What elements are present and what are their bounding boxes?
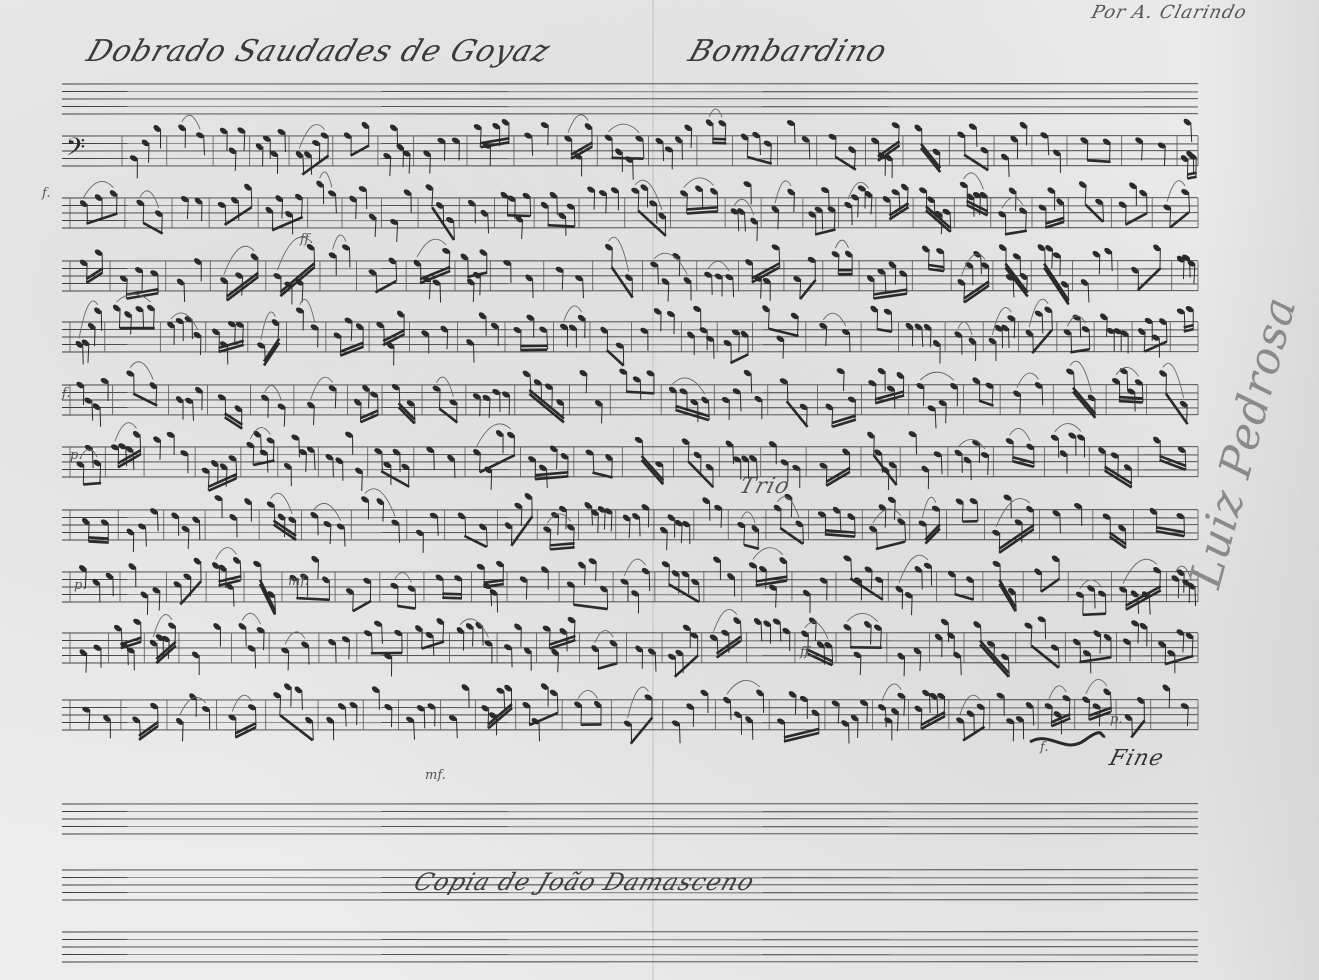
dynamic-mark: p. [70, 448, 82, 463]
composer-credit: Por A. Clarindo [1089, 2, 1249, 23]
trio-section-mark: Trio [737, 474, 793, 499]
dynamic-mark: ff. [300, 232, 313, 247]
dynamic-mark: f. [42, 186, 50, 201]
staff-1: 𝄢 [62, 109, 1198, 180]
copyist-credit: Copia de João Damasceno [410, 868, 758, 896]
staff-6 [62, 423, 1198, 491]
bass-clef-icon: 𝄢 [66, 133, 85, 168]
staff-0 [62, 84, 1198, 114]
piece-title: Dobrado Saudades de Goyaz [82, 34, 555, 69]
fine-mark: Fine [1107, 746, 1167, 771]
music-staves: 𝄢 [0, 0, 1319, 980]
staff-9 [62, 609, 1198, 677]
staff-8 [62, 548, 1198, 616]
staff-5 [62, 361, 1198, 428]
instrument-name: Bombardino [684, 34, 892, 69]
staff-13 [62, 932, 1198, 962]
dynamic-mark: f. [1040, 740, 1048, 755]
staff-11 [62, 804, 1198, 834]
staff-2 [62, 172, 1198, 242]
dynamic-mark: f. [62, 386, 70, 401]
dynamic-mark: ff. [800, 645, 813, 660]
dynamic-mark: p. [74, 578, 86, 593]
dynamic-mark: mf. [425, 768, 446, 783]
staff-4 [62, 294, 1198, 366]
dynamic-mark: mf. [288, 574, 309, 589]
manuscript-page: 𝄢 Dobrado Saudades de Goyaz Bombardino P… [0, 0, 1319, 980]
dynamic-mark: p. [1110, 712, 1122, 727]
staff-7 [62, 489, 1198, 553]
staff-10 [62, 679, 1198, 743]
staff-3 [62, 235, 1198, 305]
